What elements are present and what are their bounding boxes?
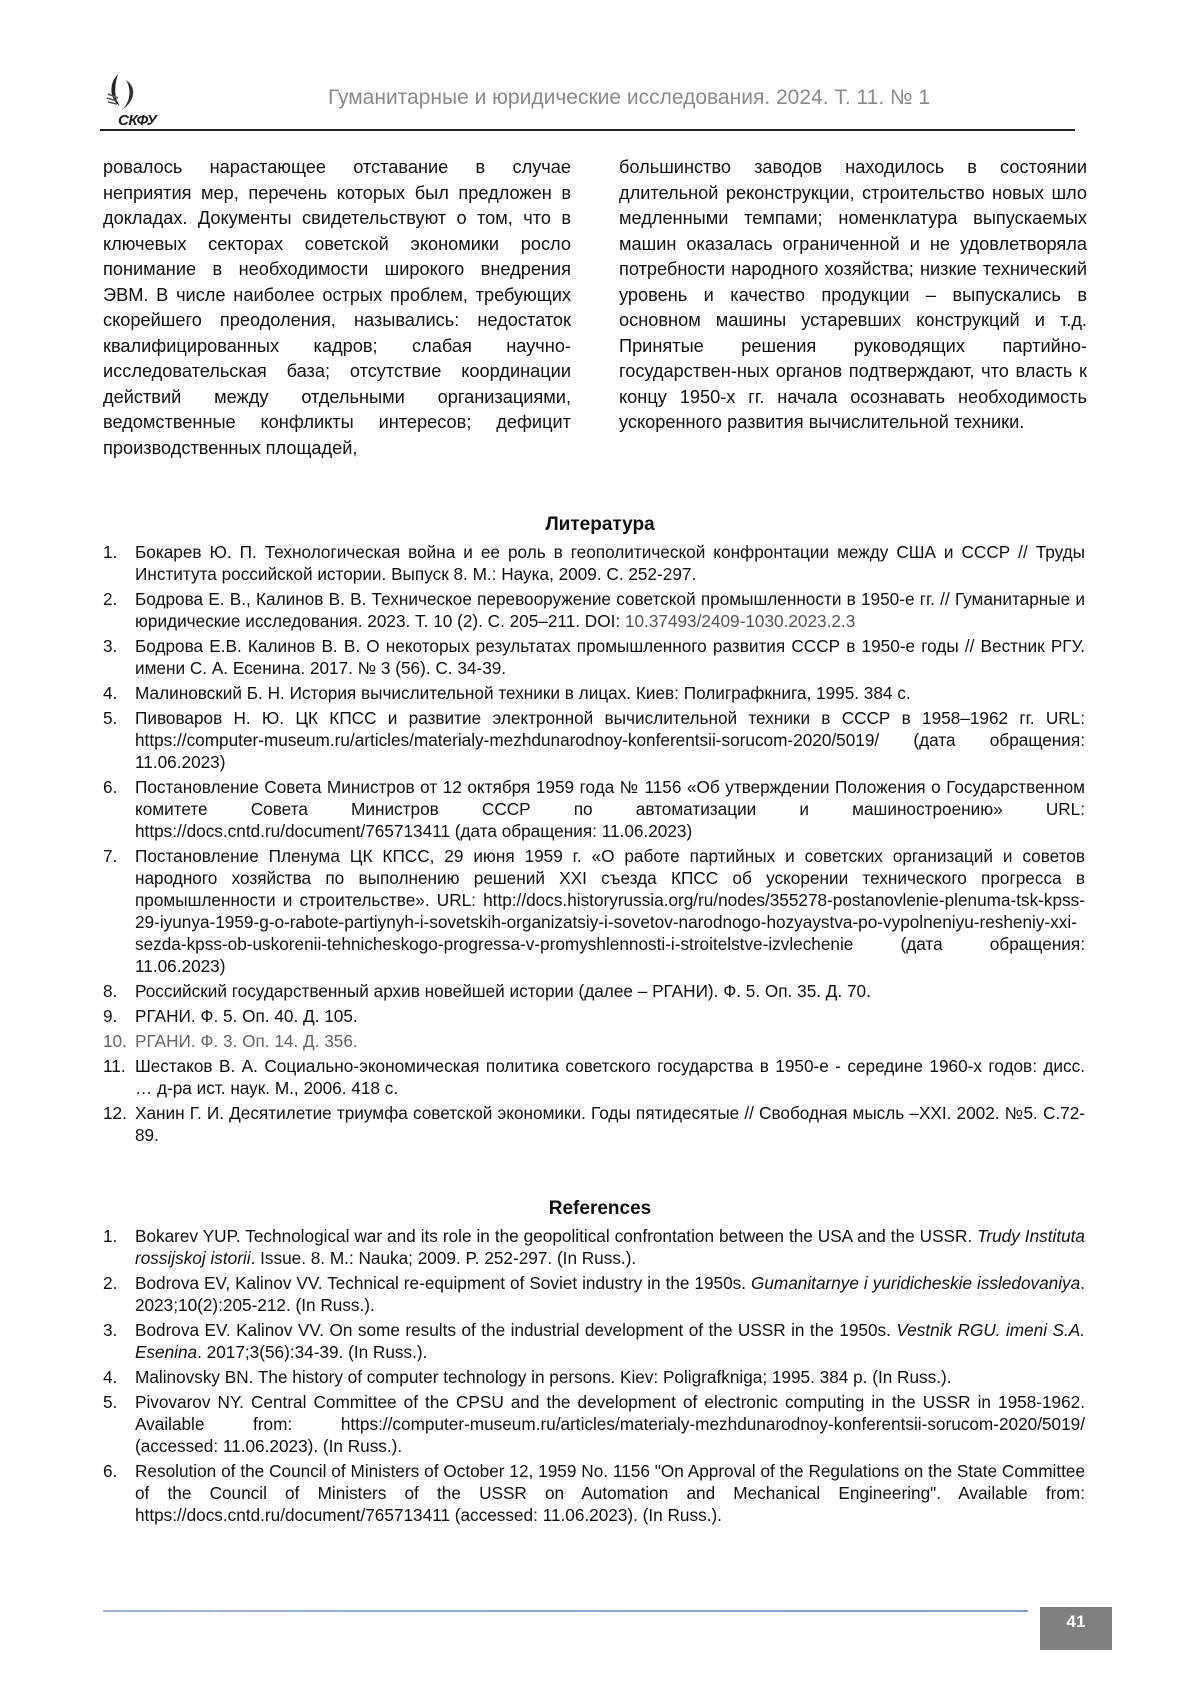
reference-item: 3.Bodrova EV. Kalinov VV. On some result… <box>103 1319 1085 1363</box>
item-text: Resolution of the Council of Ministers o… <box>135 1460 1085 1526</box>
footer-divider <box>103 1610 1028 1612</box>
item-number: 8. <box>103 980 135 1002</box>
item-text: РГАНИ. Ф. 5. Оп. 40. Д. 105. <box>135 1005 1085 1027</box>
item-number: 4. <box>103 682 135 704</box>
item-text: Бокарев Ю. П. Технологическая война и ее… <box>135 541 1085 585</box>
item-text: Bodrova EV, Kalinov VV. Technical re-equ… <box>135 1272 1085 1316</box>
item-number: 2. <box>103 1272 135 1316</box>
item-number: 4. <box>103 1366 135 1388</box>
body-column-left: ровалось нарастающее отставание в случае… <box>103 155 571 461</box>
item-text: Постановление Пленума ЦК КПСС, 29 июня 1… <box>135 845 1085 977</box>
item-text: Шестаков В. А. Социально-экономическая п… <box>135 1055 1085 1099</box>
doi-link[interactable]: 10.37493/2409-1030.2023.2.3 <box>625 611 855 631</box>
item-number: 12. <box>103 1102 135 1146</box>
item-text: Pivovarov NY. Central Committee of the C… <box>135 1391 1085 1457</box>
reference-item: 5.Pivovarov NY. Central Committee of the… <box>103 1391 1085 1457</box>
literature-item: 9.РГАНИ. Ф. 5. Оп. 40. Д. 105. <box>103 1005 1085 1027</box>
item-text: Бодрова Е. В., Калинов В. В. Техническое… <box>135 588 1085 632</box>
journal-title: Гуманитарные и юридические исследования.… <box>328 86 930 110</box>
item-text: Malinovsky BN. The history of computer t… <box>135 1366 1085 1388</box>
reference-item: 6.Resolution of the Council of Ministers… <box>103 1460 1085 1526</box>
literature-item: 2.Бодрова Е. В., Калинов В. В. Техническ… <box>103 588 1085 632</box>
references-heading: References <box>0 1198 1200 1220</box>
item-number: 9. <box>103 1005 135 1027</box>
item-text: Постановление Совета Министров от 12 окт… <box>135 776 1085 842</box>
literature-item: 8.Российский государственный архив новей… <box>103 980 1085 1002</box>
source-title: Trudy Instituta rossijskoj istorii <box>135 1226 1085 1268</box>
literature-item: 11.Шестаков В. А. Социально-экономическа… <box>103 1055 1085 1099</box>
literature-item: 7.Постановление Пленума ЦК КПСС, 29 июня… <box>103 845 1085 977</box>
item-number: 6. <box>103 1460 135 1526</box>
item-number: 1. <box>103 1225 135 1269</box>
page-header: СКФУ Гуманитарные и юридические исследов… <box>100 62 1075 130</box>
literature-heading: Литература <box>0 514 1200 536</box>
item-text: Малиновский Б. Н. История вычислительной… <box>135 682 1085 704</box>
page-number: 41 <box>1040 1607 1112 1650</box>
references-list: 1.Bokarev YUP. Technological war and its… <box>103 1225 1085 1529</box>
literature-item: 6.Постановление Совета Министров от 12 о… <box>103 776 1085 842</box>
logo-text: СКФУ <box>118 112 156 129</box>
item-number: 11. <box>103 1055 135 1099</box>
item-text: Бодрова Е.В. Калинов В. В. О некоторых р… <box>135 635 1085 679</box>
reference-item: 2.Bodrova EV, Kalinov VV. Technical re-e… <box>103 1272 1085 1316</box>
item-text: Bodrova EV. Kalinov VV. On some results … <box>135 1319 1085 1363</box>
literature-list: 1.Бокарев Ю. П. Технологическая война и … <box>103 541 1085 1149</box>
wing-icon <box>104 72 144 116</box>
item-number: 6. <box>103 776 135 842</box>
body-column-right: большинство заводов находилось в состоян… <box>619 155 1087 436</box>
item-text: Российский государственный архив новейше… <box>135 980 1085 1002</box>
item-number: 1. <box>103 541 135 585</box>
item-text: Ханин Г. И. Десятилетие триумфа советско… <box>135 1102 1085 1146</box>
item-number: 5. <box>103 707 135 773</box>
literature-item: 5.Пивоваров Н. Ю. ЦК КПСС и развитие эле… <box>103 707 1085 773</box>
reference-item: 4.Malinovsky BN. The history of computer… <box>103 1366 1085 1388</box>
reference-item: 1.Bokarev YUP. Technological war and its… <box>103 1225 1085 1269</box>
item-number: 5. <box>103 1391 135 1457</box>
item-number: 7. <box>103 845 135 977</box>
item-number: 2. <box>103 588 135 632</box>
literature-item: 4.Малиновский Б. Н. История вычислительн… <box>103 682 1085 704</box>
literature-item: 12.Ханин Г. И. Десятилетие триумфа совет… <box>103 1102 1085 1146</box>
source-title: Gumanitarnye i yuridicheskie issledovani… <box>751 1273 1080 1293</box>
item-text: Пивоваров Н. Ю. ЦК КПСС и развитие элект… <box>135 707 1085 773</box>
item-number: 3. <box>103 635 135 679</box>
literature-item: 3.Бодрова Е.В. Калинов В. В. О некоторых… <box>103 635 1085 679</box>
item-text: РГАНИ. Ф. 3. Оп. 14. Д. 356. <box>135 1030 1085 1052</box>
university-logo: СКФУ <box>104 72 184 132</box>
item-number: 10. <box>103 1030 135 1052</box>
header-divider <box>100 129 1075 131</box>
item-text: Bokarev YUP. Technological war and its r… <box>135 1225 1085 1269</box>
literature-item: 10.РГАНИ. Ф. 3. Оп. 14. Д. 356. <box>103 1030 1085 1052</box>
source-title: Vestnik RGU. imeni S.A. Esenina <box>135 1320 1085 1362</box>
item-number: 3. <box>103 1319 135 1363</box>
literature-item: 1.Бокарев Ю. П. Технологическая война и … <box>103 541 1085 585</box>
